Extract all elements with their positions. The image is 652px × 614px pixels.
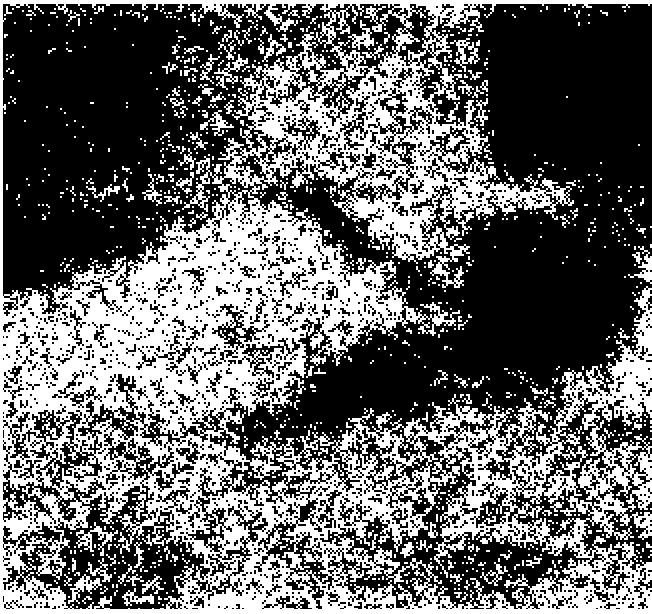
dithered-photo-canvas	[0, 0, 652, 614]
dithered-photo	[0, 0, 652, 614]
